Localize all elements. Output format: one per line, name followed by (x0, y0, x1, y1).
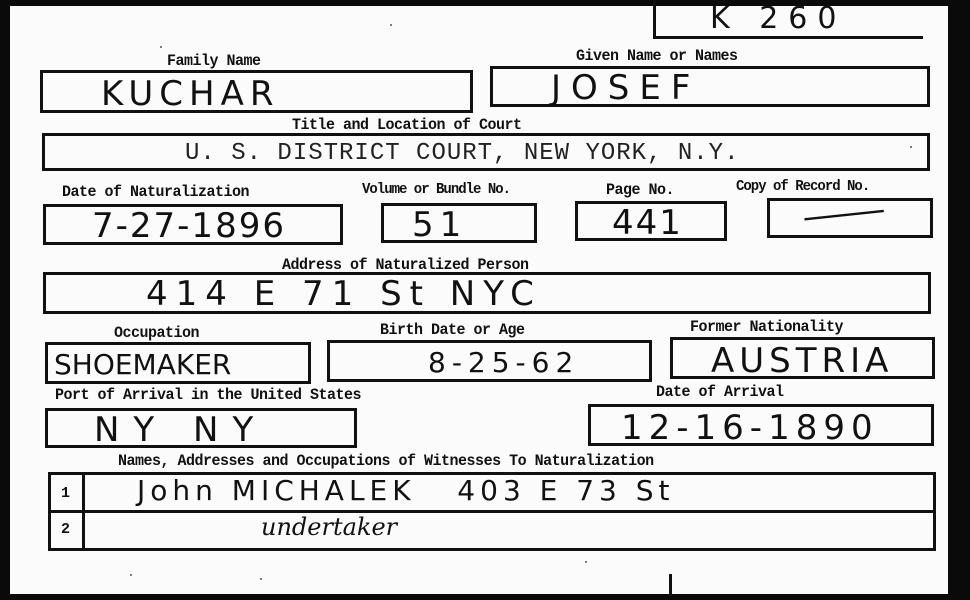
page-no-field: 441 (575, 201, 727, 241)
copy-of-record-no-field: — (767, 198, 933, 238)
family-name-value: KUCHAR (101, 77, 279, 111)
witness-row-2-number: 2 (61, 521, 70, 538)
volume-no-value: 51 (412, 208, 467, 242)
page-no-value: 441 (612, 206, 683, 240)
birth-date-label: Birth Date or Age (380, 322, 525, 340)
birth-date-value: 8-25-62 (428, 349, 579, 377)
court-field: U. S. DISTRICT COURT, NEW YORK, N.Y. (42, 133, 930, 171)
birth-date-field: 8-25-62 (327, 340, 652, 382)
court-value: U. S. DISTRICT COURT, NEW YORK, N.Y. (185, 140, 739, 167)
bottom-tick-mark (669, 574, 672, 596)
page-no-label: Page No. (606, 182, 674, 200)
port-of-arrival-value: NY NY (94, 413, 267, 447)
family-name-label: Family Name (167, 53, 261, 71)
port-of-arrival-label: Port of Arrival in the United States (55, 387, 361, 405)
scan-speck (910, 146, 912, 148)
scan-speck (160, 46, 162, 48)
given-name-label: Given Name or Names (576, 48, 738, 66)
file-number-underline (653, 36, 923, 39)
date-of-arrival-field: 12-16-1890 (588, 404, 934, 446)
witness-row-2-value: undertaker (261, 515, 397, 539)
volume-no-field: 51 (381, 203, 537, 243)
address-field: 414 E 71 St NYC (43, 272, 931, 314)
volume-no-label: Volume or Bundle No. (362, 182, 510, 199)
date-of-naturalization-field: 7-27-1896 (43, 204, 343, 245)
scan-speck (260, 578, 262, 580)
date-of-arrival-label: Date of Arrival (656, 384, 784, 402)
given-name-value: JOSEF (551, 71, 700, 105)
date-of-naturalization-label: Date of Naturalization (62, 184, 249, 202)
date-of-arrival-value: 12-16-1890 (621, 411, 879, 445)
occupation-label: Occupation (114, 325, 199, 343)
copy-of-record-no-value: — (798, 190, 905, 235)
file-number: K 260 (710, 4, 846, 34)
address-value: 414 E 71 St NYC (146, 277, 542, 311)
former-nationality-field: AUSTRIA (670, 337, 935, 379)
date-of-naturalization-value: 7-27-1896 (92, 209, 286, 243)
witness-row-1-number: 1 (61, 485, 70, 502)
witnesses-row-divider (51, 510, 933, 513)
file-number-bracket-left (653, 0, 656, 38)
former-nationality-value: AUSTRIA (711, 344, 893, 378)
scan-speck (585, 561, 587, 563)
witnesses-label: Names, Addresses and Occupations of Witn… (118, 453, 654, 471)
witnesses-table: 1 John MICHALEK 403 E 73 St 2 undertaker (48, 472, 936, 551)
witness-row-1-value: John MICHALEK 403 E 73 St (137, 477, 675, 505)
given-name-field: JOSEF (490, 66, 930, 107)
port-of-arrival-field: NY NY (45, 408, 357, 448)
family-name-field: KUCHAR (40, 70, 473, 113)
occupation-value: SHOEMAKER (54, 351, 231, 379)
scan-speck (390, 24, 392, 26)
court-label: Title and Location of Court (292, 117, 522, 135)
occupation-field: SHOEMAKER (45, 342, 311, 384)
scan-speck (130, 574, 132, 576)
former-nationality-label: Former Nationality (690, 319, 843, 337)
naturalization-index-card: K 260 Family Name KUCHAR Given Name or N… (10, 6, 948, 594)
